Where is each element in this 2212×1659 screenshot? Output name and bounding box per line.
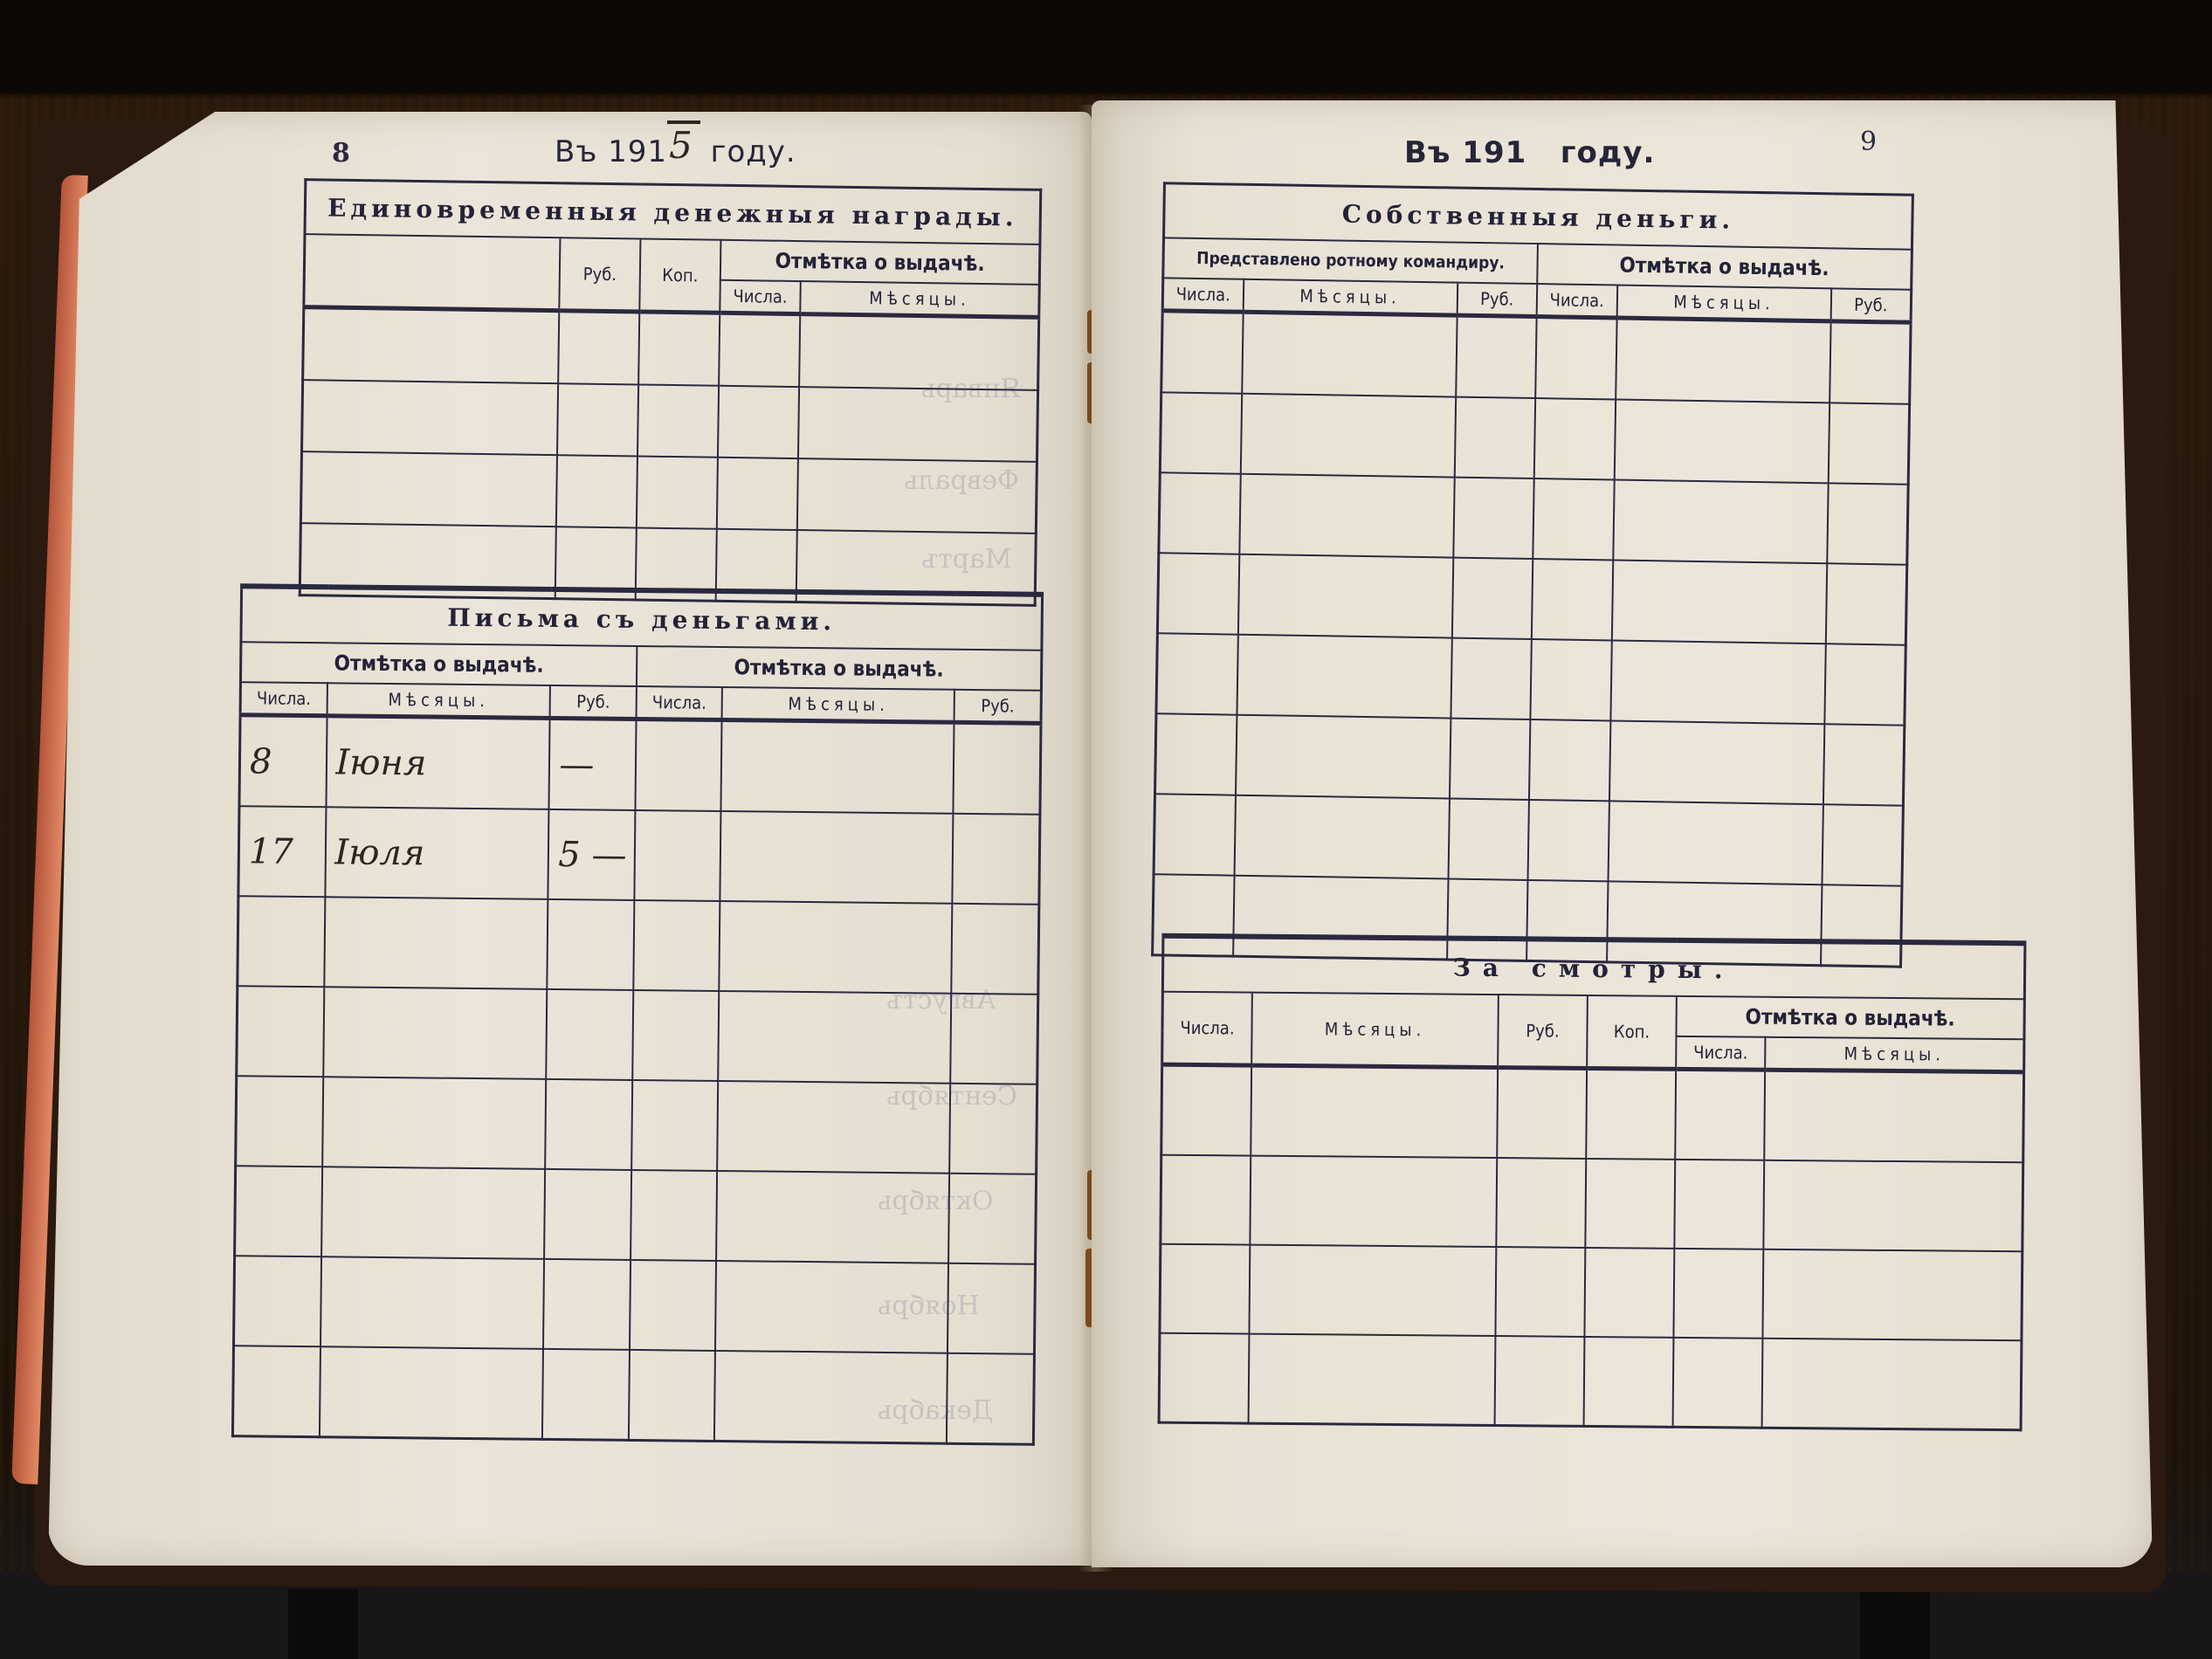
- table-leg: [288, 1589, 358, 1659]
- reviews-issue-date-header: Числа.: [1676, 1036, 1765, 1070]
- own-money-cell[interactable]: [1608, 801, 1823, 885]
- own-money-cell[interactable]: [1609, 720, 1825, 804]
- table-row: [1157, 553, 1906, 644]
- own-money-cell[interactable]: [1823, 724, 1905, 805]
- own-money-cell[interactable]: [1535, 317, 1616, 400]
- reviews-cell[interactable]: [1586, 1068, 1676, 1159]
- awards-cell[interactable]: [797, 458, 1037, 533]
- letters-issue-group-header-1: Отмѣтка о выдачѣ.: [240, 642, 637, 686]
- reviews-cell[interactable]: [1251, 1065, 1498, 1158]
- handwritten-year-digit: 5: [667, 120, 700, 167]
- reviews-cell[interactable]: [1675, 1069, 1765, 1160]
- awards-cell[interactable]: [717, 458, 798, 530]
- reviews-cell[interactable]: [1585, 1159, 1675, 1249]
- letters-cell[interactable]: [547, 989, 634, 1080]
- table-row: [302, 380, 1038, 462]
- table-row: [303, 307, 1039, 390]
- awards-table-title: Единовременныя денежныя награды.: [305, 180, 1041, 244]
- letters-cell[interactable]: [319, 1346, 543, 1439]
- letters-cell[interactable]: [630, 1260, 717, 1351]
- letters-cell[interactable]: [546, 1079, 633, 1170]
- awards-cell[interactable]: [718, 386, 799, 458]
- table-leg: [1860, 1589, 1930, 1659]
- table-row: [1161, 1155, 2023, 1252]
- reviews-cell[interactable]: [1160, 1244, 1250, 1334]
- letters-cell[interactable]: [719, 991, 952, 1084]
- reviews-issue-month-header: Мѣсяцы.: [1765, 1037, 2024, 1072]
- page-number: 9: [1860, 127, 1877, 157]
- own-money-cell[interactable]: [1234, 795, 1450, 879]
- own-money-cell[interactable]: [1160, 392, 1242, 473]
- page-number: 8: [332, 138, 350, 169]
- own-money-cell[interactable]: [1822, 804, 1903, 885]
- letters-cell[interactable]: [548, 899, 635, 990]
- letters-cell[interactable]: [323, 987, 548, 1079]
- letters-cell[interactable]: [715, 1261, 948, 1353]
- own-money-date-header: Числа.: [1537, 284, 1617, 318]
- awards-cell[interactable]: [558, 311, 639, 385]
- table-row: [232, 1346, 1034, 1444]
- reviews-cell[interactable]: [1495, 1247, 1585, 1337]
- letters-cell[interactable]: [631, 1170, 718, 1261]
- letters-date-header: Числа.: [636, 686, 722, 720]
- awards-issue-month-header: Мѣсяцы.: [800, 281, 1039, 317]
- own-money-cell[interactable]: [1242, 312, 1457, 396]
- own-money-rub-header: Руб.: [1830, 288, 1911, 322]
- letters-cell[interactable]: [320, 1256, 544, 1349]
- reviews-cell[interactable]: [1764, 1070, 2023, 1162]
- table-row: [1160, 1244, 2022, 1341]
- table-row: [234, 1256, 1036, 1354]
- table-row: [300, 451, 1037, 533]
- own-money-cell[interactable]: [1827, 483, 1908, 564]
- own-money-cell[interactable]: [1534, 398, 1616, 479]
- table-row: [1155, 713, 1905, 805]
- letters-cell[interactable]: [324, 897, 548, 989]
- table-row: 17 Іюля 5 —: [238, 806, 1040, 905]
- own-money-cell[interactable]: [1828, 403, 1909, 484]
- own-money-table: Собственныя деньги. Представлено ротному…: [1151, 182, 1914, 967]
- letters-cell[interactable]: [635, 719, 722, 811]
- reviews-cell[interactable]: [1762, 1249, 2022, 1341]
- letters-cell[interactable]: [947, 1353, 1034, 1445]
- right-page: 9 Въ 191 году. Собственныя деньги. Предс…: [1092, 100, 2153, 1567]
- awards-cell[interactable]: [719, 313, 800, 387]
- letters-table-title: Письма съ деньгами.: [241, 586, 1043, 651]
- letters-cell[interactable]: [720, 901, 953, 994]
- reviews-month-header: Мѣсяцы.: [1251, 993, 1499, 1068]
- letters-cell[interactable]: [720, 811, 954, 904]
- letters-cell[interactable]: [629, 1350, 716, 1442]
- reviews-table: За смотры. Числа. Мѣсяцы. Руб. Коп. Отмѣ…: [1158, 933, 2027, 1432]
- own-money-rub-header: Руб.: [1457, 283, 1537, 317]
- year-heading-suffix: году.: [711, 134, 796, 169]
- reviews-cell[interactable]: [1674, 1160, 1764, 1249]
- reviews-cell[interactable]: [1159, 1333, 1249, 1423]
- own-money-cell[interactable]: [1527, 800, 1609, 881]
- letters-cell[interactable]: [951, 994, 1038, 1084]
- own-money-cell[interactable]: [1610, 640, 1826, 724]
- awards-table: Единовременныя денежныя награды. Руб. Ко…: [299, 178, 1043, 607]
- year-heading: Въ 1915 году.: [555, 127, 796, 170]
- table-row: [1154, 794, 1903, 885]
- own-money-cell[interactable]: [1826, 563, 1907, 644]
- reviews-cell[interactable]: [1497, 1068, 1587, 1159]
- own-money-cell[interactable]: [1157, 553, 1239, 634]
- table-row: [238, 896, 1039, 995]
- own-money-cell[interactable]: [1451, 638, 1532, 719]
- own-money-cell[interactable]: [1237, 635, 1452, 719]
- letters-cell[interactable]: [543, 1259, 631, 1350]
- own-money-cell[interactable]: [1614, 399, 1830, 483]
- handwritten-date[interactable]: 8: [239, 715, 327, 808]
- letters-cell[interactable]: [721, 719, 954, 813]
- reviews-cell[interactable]: [1496, 1158, 1586, 1248]
- year-heading: Въ 191 году.: [1404, 135, 1655, 170]
- own-money-cell[interactable]: [1240, 394, 1456, 478]
- presented-to-commander-header: Представлено ротному командиру.: [1163, 237, 1538, 284]
- own-money-cell[interactable]: [1824, 644, 1905, 725]
- own-money-cell[interactable]: [1529, 719, 1610, 801]
- letters-rub-header: Руб.: [954, 690, 1041, 724]
- reviews-cell[interactable]: [1763, 1160, 2022, 1252]
- handwritten-amount[interactable]: —: [549, 718, 637, 810]
- table-row: [1159, 472, 1908, 564]
- year-heading-prefix: Въ 191: [555, 134, 667, 169]
- table-row: 8 Іюня —: [239, 715, 1041, 815]
- own-money-cell[interactable]: [1448, 799, 1529, 880]
- awards-cell[interactable]: [302, 380, 559, 455]
- letters-cell[interactable]: [234, 1256, 321, 1346]
- letters-cell[interactable]: [542, 1349, 630, 1441]
- awards-cell[interactable]: [799, 314, 1039, 390]
- awards-kop-header: Коп.: [639, 239, 720, 313]
- table-row: [1160, 392, 1909, 484]
- letters-cell[interactable]: [322, 1077, 547, 1169]
- own-money-month-header: Мѣсяцы.: [1243, 279, 1457, 315]
- letters-cell[interactable]: [633, 900, 720, 991]
- own-money-cell[interactable]: [1155, 713, 1237, 795]
- letters-month-header: Мѣсяцы.: [722, 687, 954, 722]
- table-row: [1161, 1064, 2024, 1162]
- own-money-cell[interactable]: [1830, 321, 1911, 404]
- handwritten-amount[interactable]: 5 —: [548, 809, 636, 900]
- reviews-cell[interactable]: [1250, 1156, 1497, 1247]
- own-money-cell[interactable]: [1456, 315, 1537, 398]
- awards-cell[interactable]: [300, 451, 557, 527]
- own-money-cell[interactable]: [1236, 715, 1451, 799]
- letters-cell[interactable]: [716, 1171, 949, 1263]
- table-row: [1159, 1333, 2022, 1430]
- own-money-cell[interactable]: [1611, 560, 1827, 644]
- letters-cell[interactable]: [232, 1346, 320, 1437]
- reviews-cell[interactable]: [1673, 1249, 1763, 1339]
- own-money-cell[interactable]: [1453, 478, 1534, 559]
- awards-issue-group-header: Отмѣтка о выдачѣ.: [720, 240, 1040, 285]
- own-money-cell[interactable]: [1450, 719, 1531, 800]
- letters-cell[interactable]: [235, 1166, 322, 1256]
- table-row: [235, 1166, 1037, 1264]
- own-money-cell[interactable]: [1532, 559, 1613, 640]
- letters-month-header: Мѣсяцы.: [327, 683, 550, 718]
- own-money-cell[interactable]: [1161, 311, 1244, 394]
- left-page: Январь Февраль Мартъ Августъ Сентябрь Ок…: [48, 112, 1092, 1566]
- letters-cell[interactable]: [953, 814, 1040, 905]
- awards-issue-date-header: Числа.: [720, 280, 801, 314]
- letters-cell[interactable]: [954, 722, 1041, 815]
- letters-cell[interactable]: [714, 1351, 948, 1443]
- awards-description-header: [304, 234, 561, 311]
- own-money-cell[interactable]: [1454, 397, 1535, 478]
- reviews-cell[interactable]: [1584, 1248, 1674, 1338]
- reviews-cell[interactable]: [1495, 1336, 1585, 1426]
- reviews-date-header: Числа.: [1162, 992, 1252, 1065]
- own-money-issue-group-header: Отмѣтка о выдачѣ.: [1537, 244, 1912, 290]
- letters-date-header: Числа.: [240, 682, 327, 716]
- table-row: [237, 986, 1038, 1084]
- own-money-cell[interactable]: [1533, 478, 1614, 560]
- letters-cell[interactable]: [321, 1167, 546, 1259]
- awards-cell[interactable]: [638, 312, 720, 386]
- reviews-cell[interactable]: [1249, 1334, 1496, 1426]
- letters-cell[interactable]: [544, 1169, 631, 1260]
- awards-cell[interactable]: [637, 384, 719, 457]
- handwritten-month[interactable]: Іюня: [326, 716, 550, 809]
- own-money-cell[interactable]: [1156, 633, 1238, 714]
- own-money-cell[interactable]: [1452, 558, 1533, 639]
- handwritten-month[interactable]: Іюля: [325, 807, 549, 899]
- own-money-cell[interactable]: [1530, 639, 1611, 720]
- awards-cell[interactable]: [798, 387, 1038, 462]
- letters-cell[interactable]: [237, 986, 324, 1077]
- reviews-cell[interactable]: [1161, 1064, 1251, 1155]
- handwritten-date[interactable]: 17: [238, 806, 326, 897]
- own-money-cell[interactable]: [1613, 479, 1829, 563]
- table-row: [236, 1076, 1037, 1174]
- letters-cell[interactable]: [634, 810, 721, 901]
- awards-cell[interactable]: [637, 456, 718, 528]
- letters-cell[interactable]: [948, 1263, 1035, 1354]
- letters-cell[interactable]: [718, 1081, 951, 1174]
- letters-with-money-table: Письма съ деньгами. Отмѣтка о выдачѣ. От…: [231, 583, 1044, 1446]
- awards-rub-header: Руб.: [559, 237, 640, 312]
- awards-cell[interactable]: [303, 307, 560, 384]
- letters-cell[interactable]: [632, 990, 720, 1081]
- reviews-cell[interactable]: [1584, 1337, 1674, 1427]
- letters-cell[interactable]: [952, 904, 1039, 995]
- letters-issue-group-header-2: Отмѣтка о выдачѣ.: [637, 646, 1042, 691]
- own-money-cell[interactable]: [1159, 472, 1241, 554]
- letters-cell[interactable]: [950, 1084, 1037, 1174]
- awards-cell[interactable]: [556, 455, 637, 527]
- letters-cell[interactable]: [948, 1174, 1036, 1264]
- letters-rub-header: Руб.: [550, 685, 637, 719]
- letters-cell[interactable]: [236, 1076, 323, 1167]
- reviews-cell[interactable]: [1249, 1245, 1496, 1336]
- own-money-cell[interactable]: [1237, 554, 1453, 638]
- own-money-cell[interactable]: [1616, 318, 1831, 403]
- letters-cell[interactable]: [631, 1080, 719, 1171]
- table-row: [1161, 311, 1911, 404]
- reviews-kop-header: Коп.: [1587, 995, 1677, 1069]
- awards-cell[interactable]: [557, 383, 638, 456]
- letters-cell[interactable]: [238, 896, 325, 987]
- own-money-date-header: Числа.: [1162, 278, 1244, 312]
- own-money-month-header: Мѣсяцы.: [1616, 285, 1831, 320]
- reviews-issue-group-header: Отмѣтка о выдачѣ.: [1676, 996, 2024, 1039]
- table-row: [1156, 633, 1905, 725]
- reviews-table-title: За смотры.: [1162, 936, 2025, 1000]
- reviews-cell[interactable]: [1673, 1338, 1763, 1428]
- reviews-cell[interactable]: [1161, 1155, 1251, 1245]
- reviews-rub-header: Руб.: [1498, 995, 1588, 1068]
- reviews-cell[interactable]: [1762, 1339, 2022, 1430]
- own-money-cell[interactable]: [1239, 474, 1455, 558]
- own-money-cell[interactable]: [1154, 794, 1236, 875]
